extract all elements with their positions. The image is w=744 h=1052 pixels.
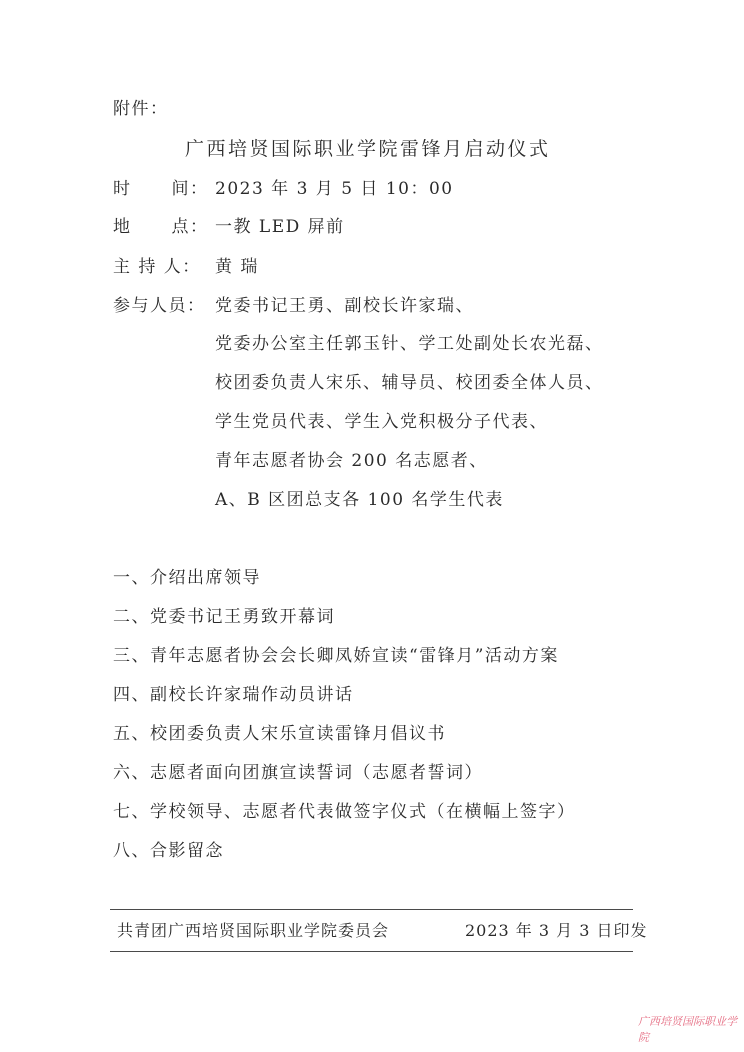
agenda-item: 六、志愿者面向团旗宣读誓词（志愿者誓词）	[113, 762, 483, 784]
place-label: 地点：	[113, 216, 215, 238]
participants-label: 参与人员：	[113, 295, 215, 317]
footer-bottom-rule	[110, 951, 633, 952]
host-value: 黄 瑞	[215, 257, 259, 277]
field-time: 时间：2023 年 3 月 5 日 10：00	[113, 178, 454, 200]
agenda-item: 七、学校领导、志愿者代表做签字仪式（在横幅上签字）	[113, 801, 576, 823]
agenda-item: 八、合影留念	[113, 840, 224, 862]
attachment-label: 附件：	[113, 98, 169, 120]
participants-line: 党委办公室主任郭玉针、学工处副处长农光磊、	[215, 333, 604, 355]
time-label-b: 间：	[172, 179, 209, 199]
agenda-item: 二、党委书记王勇致开幕词	[113, 606, 335, 628]
agenda-item: 三、青年志愿者协会会长卿凤娇宣读“雷锋月”活动方案	[113, 645, 559, 667]
field-host: 主 持 人：黄 瑞	[113, 256, 259, 278]
place-label-a: 地	[113, 217, 132, 237]
agenda-item: 五、校团委负责人宋乐宣读雷锋月倡议书	[113, 723, 446, 745]
footer-date: 2023 年 3 月 3 日印发	[465, 920, 648, 942]
place-label-b: 点：	[172, 217, 209, 237]
agenda-item: 一、介绍出席领导	[113, 567, 261, 589]
host-label: 主 持 人：	[113, 256, 215, 278]
school-watermark: 广西培贤国际职业学院	[638, 1013, 744, 1045]
participants-line: A、B 区团总支各 100 名学生代表	[215, 489, 504, 511]
time-label-a: 时	[113, 179, 132, 199]
document-title: 广西培贤国际职业学院雷锋月启动仪式	[185, 138, 551, 160]
participants-line: 党委书记王勇、副校长许家瑞、	[215, 296, 474, 316]
footer-issuer: 共青团广西培贤国际职业学院委员会	[117, 920, 389, 942]
participants-line: 青年志愿者协会 200 名志愿者、	[215, 450, 488, 472]
footer-top-rule	[110, 909, 633, 910]
participants-line: 校团委负责人宋乐、辅导员、校团委全体人员、	[215, 372, 604, 394]
time-value: 2023 年 3 月 5 日 10：00	[215, 179, 454, 199]
field-place: 地点：一教 LED 屏前	[113, 216, 345, 238]
time-label: 时间：	[113, 178, 215, 200]
agenda-item: 四、副校长许家瑞作动员讲话	[113, 684, 354, 706]
place-value: 一教 LED 屏前	[215, 217, 345, 237]
field-participants: 参与人员：党委书记王勇、副校长许家瑞、	[113, 295, 474, 317]
participants-line: 学生党员代表、学生入党积极分子代表、	[215, 411, 548, 433]
